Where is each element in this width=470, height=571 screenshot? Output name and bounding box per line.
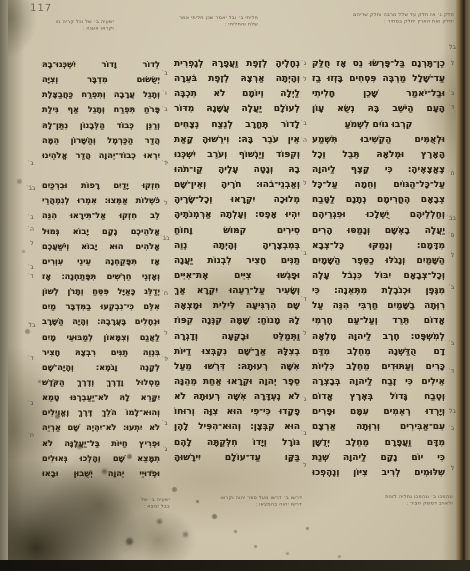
text-line: וְחַלְלֵיהֶם יֻשְׁלָכוּ וּפִגְרֵיהֶם xyxy=(312,208,445,223)
binding-edge xyxy=(456,0,470,571)
text-line: וְהָיְתָה אַרְצָהּ לְזֶפֶת בֹּעֵרָה xyxy=(174,72,300,87)
text-line: אִשָּׁה רְעוּתָהּ׃ דִּרְשׁוּ מֵעַל xyxy=(174,360,300,375)
text-line: וְאַבְנֵי־בֹהוּ׃ חֹרֶיהָ וְאֵין־שָׁם xyxy=(174,178,300,193)
text-line: תִמָּצֵא שָׁם וְהָלְכוּ גְּאוּלִים xyxy=(42,451,160,466)
text-line: קִרְבוּ גוֹיִם לִשְׁמֹעַ xyxy=(312,118,445,133)
masora-parva-mark: ו̇ xyxy=(159,90,173,97)
masora-parva-mark: ג̇ xyxy=(299,396,311,403)
text-line: אִלֵּם כִּי־נִבְקְעוּ בַמִּדְבָּר מַיִם xyxy=(42,299,160,314)
text-line: גּוֹרָל וְיָדוֹ חִלְּקַתָּה לָהֶם xyxy=(174,436,300,451)
text-line: וּפָגְשׁוּ צִיִּים אֶת־אִיִּים xyxy=(174,269,300,284)
masora-parva-mark: ל xyxy=(299,180,311,187)
text-column-right-isaiah-33-34: כֵן־תָּרְנָם בַּל־פָּרְשׂוּ נֵס אָז חֻלַ… xyxy=(312,57,445,481)
text-line: יִהְיוּ אָפֶס׃ וְעָלְתָה אַרְמְנֹתֶיהָ xyxy=(174,208,300,223)
text-line: וְתָגֵל עֲרָבָה וְתִפְרַח כַּחֲבַצָּלֶת xyxy=(42,87,160,102)
text-line: לֹא יִתְעוּ׃ לֹא־יִהְיֶה שָׁם אַרְיֵה xyxy=(42,420,160,435)
masora-parva-mark: ה̇ xyxy=(24,226,40,233)
masora-parva-mark: ב̇ xyxy=(299,120,311,127)
text-column-left-isaiah-35: לְדוֹר וָדוֹר יִשְׁכְּנוּ־בָהּיְשֻׂשׂוּם… xyxy=(42,57,160,481)
masora-parva-mark: ח̇ xyxy=(159,290,173,297)
masora-magna-top-left: ישעיה ב׳ של וכל קריה נשגבה בהוקראו אענה … xyxy=(56,20,114,32)
text-line: תַנִּים חָצִיר לִבְנוֹת יַעֲנָה xyxy=(174,254,300,269)
masora-magna-bottom-right: ונהפכו ב׳ ונהפכו נחליה לזפתולאויב דמשק ח… xyxy=(331,495,453,507)
masora-magna-bottom-center: דרשו ב׳ דרשו מעל ספר יהוה וקראודרשו יהוה… xyxy=(184,496,302,508)
text-line: רִוְּתָה בַשָּׁמַיִם חַרְבִּי הִנֵּה עַל xyxy=(312,299,445,314)
text-line: וּפְרִיץ חַיּוֹת בַּל־יַעֲלֶנָּה לֹא xyxy=(42,436,160,451)
text-line: לְעוֹלָם יַעֲלֶה עֲשָׁנָהּ מִדּוֹר xyxy=(174,102,300,117)
text-line: וְשָׂעִיר עַל־רֵעֵהוּ יִקְרָא אַךְ xyxy=(174,284,300,299)
masora-parva-gutter-right: ג̇לב̇ה̇לב̇ד̇לג̇ב̇ל xyxy=(299,0,311,561)
masora-parva-mark: ב̇ב̇ xyxy=(159,235,173,242)
masora-parva-mark: ב̇ xyxy=(299,250,311,257)
text-line: לְדוֹר וָדוֹר יִשְׁכְּנוּ־בָהּ xyxy=(42,57,160,72)
text-line: וְהוּא־לָמוֹ הֹלֵךְ דֶּרֶךְ וֶאֱוִילִים xyxy=(42,405,160,420)
text-line: וּפְדוּיֵי יְהוָה יְשֻׁבוּן וּבָאוּ xyxy=(42,466,160,481)
text-line: לְמִשְׁפָּט׃ חֶרֶב לַיהוָה מָלְאָה xyxy=(312,330,445,345)
text-line: יְשֻׂשׂוּם מִדְבָּר וְצִיָּה xyxy=(42,72,160,87)
masora-parva-mark: ב̇ xyxy=(159,420,173,427)
masora-magna-top-right: חלק ג׳ אז חלק עד שלל מרבה וחלק שדיהםיחלק… xyxy=(332,13,454,25)
text-line: צְבָאָם הֶחֱרִימָם נְתָנָם לַטָּבַח xyxy=(312,193,445,208)
text-line: כִּי יוֹם נָקָם לַיהוָה שְׁנַת xyxy=(312,451,445,466)
text-line: בַּקָּו עַד־עוֹלָם יִירָשׁוּהָ xyxy=(174,451,300,466)
text-line: חִזְקוּ יָדַיִם רָפוֹת וּבִרְכַּיִם xyxy=(42,178,160,193)
text-line: יַעֲלֶה בָאְשָׁם וְנָמַסּוּ הָרִים xyxy=(312,224,445,239)
text-line: וְרַנֵּן כְּבוֹד הַלְּבָנוֹן נִתַּן־לָהּ xyxy=(42,118,160,133)
masora-parva-mark: ל xyxy=(299,76,311,83)
text-line: בְצִלָּהּ אַךְ־שָׁם נִקְבְּצוּ דַיּוֹת xyxy=(174,345,300,360)
masora-parva-mark: ג̇ xyxy=(299,60,311,67)
masora-parva-mark: ב̇ xyxy=(24,160,40,167)
text-line: עִם־אַבִּירִים וְרִוְּתָה אַרְצָם xyxy=(312,420,445,435)
text-line: צֶאֱצָאֶיהָ׃ כִּי קֶצֶף לַיהוָה xyxy=(312,163,445,178)
text-line: דָם הֻדַּשְׁנָה מֵחֵלֶב מִדַּם xyxy=(312,345,445,360)
text-line: וְיָרְדוּ רְאֵמִים עִמָּם וּפָרִים xyxy=(312,405,445,420)
masora-line: בבל ומצא ׃ xyxy=(124,504,170,510)
masora-parva-mark: ב̇ xyxy=(159,70,173,77)
masora-line: דרשו יהוה בהמצאו ׃ xyxy=(184,502,302,508)
masora-parva-mark: ב̇ xyxy=(299,430,311,437)
text-line: לֵב חִזְקוּ אַל־תִּירָאוּ הִנֵּה xyxy=(42,208,160,223)
text-line: שָׁם הִרְגִּיעָה לִּילִית וּמָצְאָה xyxy=(174,299,300,314)
text-line: יִרְאוּ כְבוֹד־יְהוָה הֲדַר אֱלֹהֵינוּ xyxy=(42,148,160,163)
masora-parva-mark: ב̇ xyxy=(24,214,40,221)
text-line: וּבַל־יֹאמַר שָׁכֵן חָלִיתִי xyxy=(312,87,445,102)
manuscript-photo: 117 ישעיה ב׳ של וכל קריה נשגבה בהוקראו א… xyxy=(0,0,470,571)
text-line: הֲדַר הַכַּרְמֶל וְהַשָּׁרוֹן הֵמָּה xyxy=(42,133,160,148)
masora-parva-mark: ל xyxy=(299,462,311,469)
masora-magna-top-center: חליתי ב׳ ובל יאמר שכן חליתי אמרשלח והחלי… xyxy=(158,16,258,28)
text-line: שִׁלּוּמִים לְרִיב צִיּוֹן וְנֶהֶפְכוּ xyxy=(312,466,445,481)
manuscript-page: 117 ישעיה ב׳ של וכל קריה נשגבה בהוקראו א… xyxy=(8,0,456,561)
text-line: אֱדוֹם תֵּרֵד וְעַל־עַם חֶרְמִי xyxy=(312,314,445,329)
masora-parva-mark: י̇ד̇ xyxy=(159,356,173,363)
text-line: לָדוֹר תֶּחֱרָב לְנֵצַח נְצָחִים xyxy=(174,118,300,133)
text-line: עַל־כָּל־הַגּוֹיִם וְחֵמָה עַל־כָּל xyxy=(312,178,445,193)
text-line: פָקָדוּ כִּי־פִי הוּא צִוָּה וְרוּחוֹ xyxy=(174,405,300,420)
masora-parva-mark: י̇ד̇ xyxy=(159,160,173,167)
masora-line: ולאויב דמשק חציר ׃ xyxy=(331,501,453,507)
text-line: אֵין עֹבֵר בָּהּ׃ וִירֵשׁוּהָ קָאַת xyxy=(174,133,300,148)
text-line: לְקָנֶה וָגֹמֶא׃ וְהָיָה־שָׁם xyxy=(42,360,160,375)
text-line: מִדָּם וַעֲפָרָם מֵחֵלֶב יְדֻשָּׁן xyxy=(312,436,445,451)
text-line: וְכָל־צְבָאָם יִבּוֹל כִּנְבֹל עָלֶה xyxy=(312,269,445,284)
masora-parva-mark: ה̇ xyxy=(299,137,311,144)
text-line: אֱלֹהִים הוּא יָבוֹא וְיֹשַׁעֲכֶם xyxy=(42,239,160,254)
photo-bottom-edge xyxy=(0,560,470,571)
text-line: עַד־שָׁלָל מַרְבֶּה פִּסְחִים בָּזְזוּ ב… xyxy=(312,72,445,87)
masora-parva-mark: ד̇ xyxy=(24,273,40,280)
text-line: נְחָלֶיהָ לְזֶפֶת וַעֲפָרָהּ לְגָפְרִית xyxy=(174,57,300,72)
text-line: מְלוּכָה יִקְרָאוּ וְכָל־שָׂרֶיהָ xyxy=(174,193,300,208)
text-line: לֹא נֶעְדָּרָה אִשָּׁה רְעוּתָהּ לֹא xyxy=(174,390,300,405)
text-line: בָהּ וְנָטָה עָלֶיהָ קַו־תֹהוּ xyxy=(174,163,300,178)
masora-parva-mark: ב̇ב̇ xyxy=(24,185,40,192)
text-line: הַשָּׁמַיִם וְנָגֹלּוּ כַסֵּפֶר הַשָּׁמָ… xyxy=(312,254,445,269)
text-line: אֵילִים כִּי זֶבַח לַיהוָה בְּבָצְרָה xyxy=(312,375,445,390)
masora-parva-mark: ח̇ xyxy=(24,432,40,439)
text-line: וּלְאֻמִּים הַקְשִׁיבוּ תִּשְׁמַע xyxy=(312,133,445,148)
text-line: הָעָם הַיֹּשֵׁב בָּהּ נְשֻׂא עָוֺן xyxy=(312,102,445,117)
masora-parva-left-margin: ב̇ב̇ב̇ב̇ה̇לב̇ד̇ב̇לד̇ב̇ח̇ xyxy=(24,0,40,561)
masora-parva-mark: ל xyxy=(159,330,173,337)
text-line: הוּא קִבְּצָן׃ וְהוּא־הִפִּיל לָהֶן xyxy=(174,420,300,435)
text-line: סִירִים קִמּוֹשׂ וָחוֹחַ xyxy=(174,224,300,239)
text-line: וְקִפּוֹד וְיַנְשׁוֹף וְעֹרֵב יִשְׁכְּנו… xyxy=(174,148,300,163)
text-line: וַתְּמַלֵּט וּבָקְעָה וְדָגְרָה xyxy=(174,330,300,345)
text-line: בְּמִבְצָרֶיהָ וְהָיְתָה נְוֵה xyxy=(174,239,300,254)
text-line xyxy=(42,163,160,178)
text-line: יְדַלֵּג כָּאַיָּל פִּסֵּחַ וְתָרֹן לְשׁ… xyxy=(42,284,160,299)
text-line: הָאָרֶץ וּמְלֹאָהּ תֵּבֵל וְכָל xyxy=(312,148,445,163)
masora-parva-mark: ב̇ל xyxy=(24,322,40,329)
masora-line: ישעיה ב׳ של וכל קריה נשגבה בה xyxy=(56,20,114,26)
masora-parva-mark: ד̇ xyxy=(299,296,311,303)
text-line: כָּרִים וְעַתּוּדִים מֵחֵלֶב כִּלְיוֹת xyxy=(312,360,445,375)
masora-parva-mark: ל xyxy=(159,200,173,207)
text-line: יִקָּרֵא לָהּ לֹא־יַעַבְרֶנּוּ טָמֵא xyxy=(42,390,160,405)
text-line: כֹּשְׁלוֹת אַמֵּצוּ׃ אִמְרוּ לְנִמְהֲרֵי xyxy=(42,193,160,208)
masora-line: שלח והחליתי ׃ xyxy=(158,22,258,28)
text-line: פָּרֹחַ תִּפְרַח וְתָגֵל אַף גִּילַת xyxy=(42,102,160,117)
masora-parva-mark: ב̇ xyxy=(24,264,40,271)
text-column-middle-isaiah-34: נְחָלֶיהָ לְזֶפֶת וַעֲפָרָהּ לְגָפְרִיתו… xyxy=(174,57,300,466)
masora-line: וקראו אענה ׃ xyxy=(56,26,114,32)
text-line: וְטֶבַח גָּדוֹל בְּאֶרֶץ אֱדוֹם xyxy=(312,390,445,405)
masora-parva-mark: ל xyxy=(24,240,40,247)
text-line: וּנְחָלִים בָּעֲרָבָה׃ וְהָיָה הַשָּׁרָב xyxy=(42,314,160,329)
text-line: אָז תִּפָּקַחְנָה עֵינֵי עִוְרִים xyxy=(42,254,160,269)
masora-line: יחלק ואת הארץ יחלק במחיר ׃ xyxy=(332,19,454,25)
text-line: לַיְלָה וְיוֹמָם לֹא תִכְבֶּה xyxy=(174,87,300,102)
masora-parva-mark: ד̇ xyxy=(24,355,40,362)
text-line: וְאָזְנֵי חֵרְשִׁים תִּפָּתַחְנָה׃ אָז xyxy=(42,269,160,284)
masora-magna-bottom-left: ישעיה ב׳ שלבבל ומצא ׃ xyxy=(124,498,170,510)
text-line: כֵן־תָּרְנָם בַּל־פָּרְשׂוּ נֵס אָז חֻלַ… xyxy=(312,57,445,72)
text-line: מַסְלוּל וָדֶרֶךְ וְדֶרֶךְ הַקֹּדֶשׁ xyxy=(42,375,160,390)
text-line: מִדָּמָם׃ וְנָמַקּוּ כָּל־צְבָא xyxy=(312,239,445,254)
masora-parva-mark: ל xyxy=(299,330,311,337)
masora-parva-mark: ב̇ xyxy=(159,106,173,113)
text-line: בִּנְוֵה תַנִּים רִבְצָהּ חָצִיר xyxy=(42,345,160,360)
text-line: מִגֶּפֶן וּכְנֹבֶלֶת מִתְּאֵנָה׃ כִּי xyxy=(312,284,445,299)
text-line: לַאֲגַם וְצִמָּאוֹן לְמַבּוּעֵי מָיִם xyxy=(42,330,160,345)
masora-parva-mark: ג̇ xyxy=(159,446,173,453)
masora-parva-mark: ב̇ xyxy=(24,400,40,407)
text-line: לָהּ מָנוֹחַ׃ שָׁמָּה קִנְּנָה קִפּוֹז xyxy=(174,314,300,329)
text-line: אֱלֹהֵיכֶם נָקָם יָבוֹא גְּמוּל xyxy=(42,224,160,239)
mold-speckles xyxy=(8,0,11,3)
text-line: סֵפֶר יְהוָה וּקְרָאוּ אַחַת מֵהֵנָּה xyxy=(174,375,300,390)
masora-parva-gutter-left: ב̇ו̇ב̇י̇ד̇לב̇ב̇ח̇לי̇ד̇ב̇ג̇ xyxy=(159,0,173,561)
